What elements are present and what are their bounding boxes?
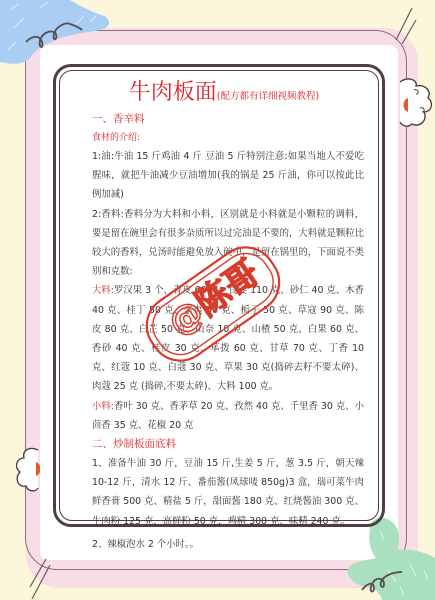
blue-splash-decoration-icon (0, 0, 120, 70)
title-subtitle: (配方都有详细视频教程) (217, 91, 319, 102)
small-spices-paragraph: 小料:香叶 30 克、香茅草 20 克、孜然 40 克、千里香 30 克、小茴香… (92, 397, 364, 435)
small-cloud-decoration-icon (12, 446, 40, 496)
oil-paragraph: 1:油:牛油 15 斤鸡油 4 斤 豆油 5 斤特别注意:如果当地人不爱吃腥味，… (92, 147, 364, 205)
big-spices-text: 罗汉果 3 个、青皮 60 克、良姜 110 克、砂仁 40 克、木香 40 克… (92, 285, 364, 392)
big-spices-label: 大料: (92, 285, 114, 296)
cloud-decoration-icon (398, 74, 435, 130)
title-main: 牛肉板面 (129, 80, 217, 105)
base-step-1: 1、准备牛油 30 斤，豆油 15 斤,生姜 5 斤，葱 3.5 斤，朝天辣 1… (92, 454, 364, 531)
ingredient-intro-label: 食材的介绍: (92, 129, 364, 147)
recipe-content: 牛肉板面(配方都有详细视频教程) 一、香辛料 食材的介绍: 1:油:牛油 15 … (92, 78, 364, 554)
spices-paragraph: 2:香料:香料分为大料和小料，区别就是小料就是小颗粒的调料，要是留在碗里会有很多… (92, 205, 364, 282)
small-spices-label: 小料: (92, 401, 114, 412)
page-title: 牛肉板面(配方都有详细视频教程) (84, 78, 364, 108)
section-heading-base: 二、炒制板面底料 (92, 435, 364, 454)
slash-marks-bottom-decoration-icon (26, 555, 52, 600)
big-spices-paragraph: 大料:罗汉果 3 个、青皮 60 克、良姜 110 克、砂仁 40 克、木香 4… (92, 281, 364, 396)
base-step-2: 2、辣椒泡水 2 个小时。。 (92, 535, 364, 554)
small-spices-text: 香叶 30 克、香茅草 20 克、孜然 40 克、千里香 30 克、小茴香 35… (92, 401, 364, 431)
slash-marks-decoration-icon (392, 4, 418, 44)
section-heading-spices: 一、香辛料 (92, 110, 364, 129)
